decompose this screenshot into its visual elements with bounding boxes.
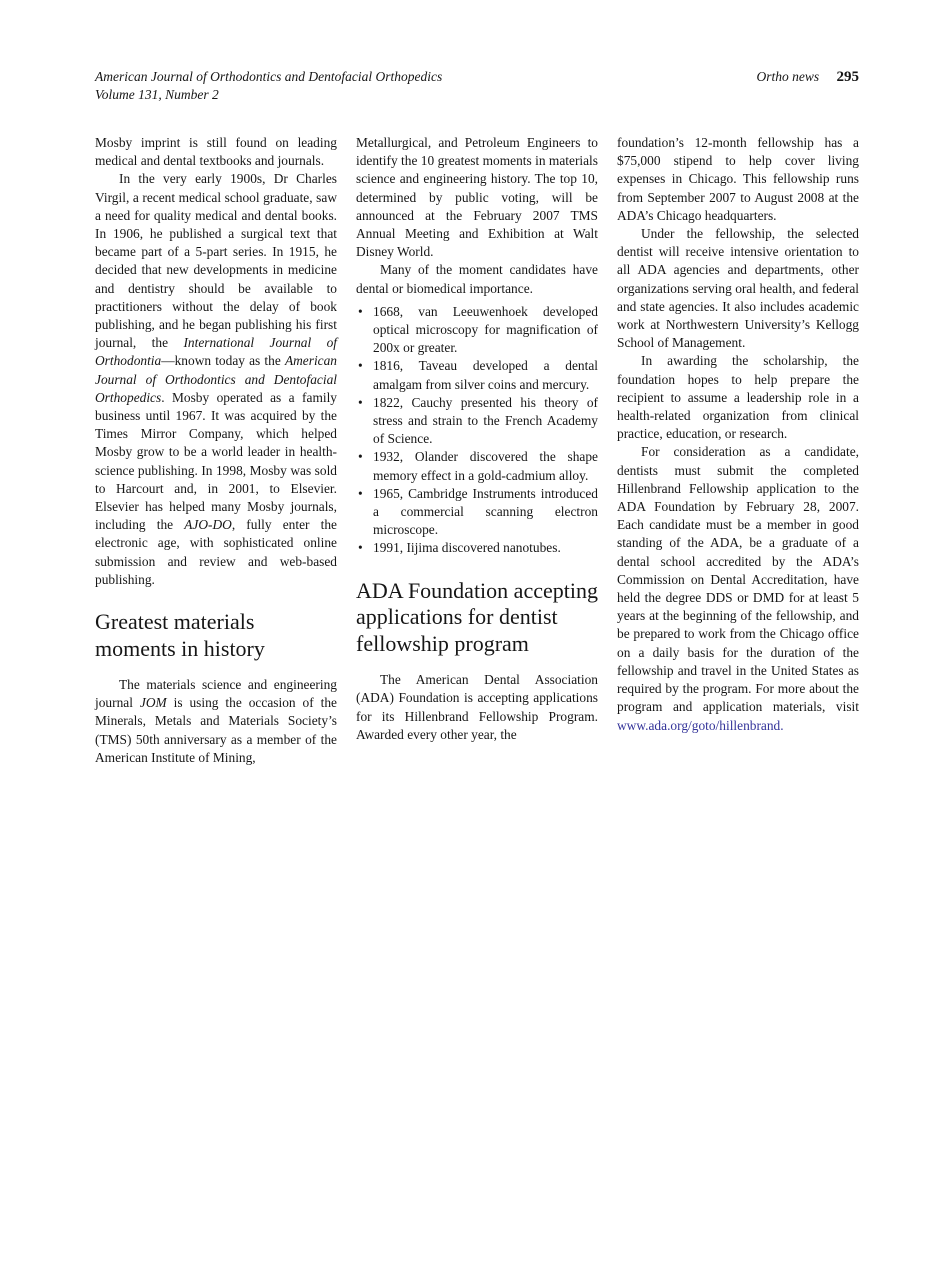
moment-item: 1932, Olander discovered the shape memor… <box>356 448 598 484</box>
moment-item: 1965, Cambridge Instruments introduced a… <box>356 485 598 540</box>
section-heading: Greatest materials moments in history <box>95 609 337 662</box>
text-run: Under the fellowship, the selected denti… <box>617 226 859 350</box>
paragraph: Mosby imprint is still found on leading … <box>95 134 337 170</box>
journal-page: { "header": { "journal": "American Journ… <box>0 0 950 1272</box>
text-run: The American Dental Association (ADA) Fo… <box>356 672 598 742</box>
moments-list: 1668, van Leeuwenhoek developed optical … <box>356 303 598 558</box>
italic-text: AJO-DO <box>184 517 232 532</box>
text-run: In the very early 1900s, Dr Charles Virg… <box>95 171 337 350</box>
text-run: foundation’s 12-month fellowship has a $… <box>617 135 859 223</box>
paragraph: foundation’s 12-month fellowship has a $… <box>617 134 859 225</box>
column-2: Metallurgical, and Petroleum Engineers t… <box>356 134 598 767</box>
paragraph: Many of the moment candidates have denta… <box>356 261 598 297</box>
text-run: For consideration as a candidate, dentis… <box>617 444 859 714</box>
hillenbrand-link[interactable]: www.ada.org/goto/hillenbrand. <box>617 718 784 733</box>
text-run: . Mosby operated as a family business un… <box>95 390 337 532</box>
paragraph: In awarding the scholarship, the foundat… <box>617 352 859 443</box>
paragraph: The American Dental Association (ADA) Fo… <box>356 671 598 744</box>
text-run: In awarding the scholarship, the foundat… <box>617 353 859 441</box>
moment-item: 1822, Cauchy presented his theory of str… <box>356 394 598 449</box>
text-run: Many of the moment candidates have denta… <box>356 262 598 295</box>
column-3: foundation’s 12-month fellowship has a $… <box>617 134 859 767</box>
section-heading: ADA Foundation accepting applications fo… <box>356 578 598 658</box>
italic-text: JOM <box>140 695 167 710</box>
moment-item: 1668, van Leeuwenhoek developed optical … <box>356 303 598 358</box>
article-body: Mosby imprint is still found on leading … <box>95 134 859 767</box>
moment-item: 1816, Taveau developed a dental amalgam … <box>356 357 598 393</box>
running-head-right: Ortho news 295 <box>756 68 859 87</box>
page-number: 295 <box>837 69 860 85</box>
paragraph: Metallurgical, and Petroleum Engineers t… <box>356 134 598 261</box>
journal-info: American Journal of Orthodontics and Den… <box>95 68 442 103</box>
paragraph: The materials science and engineering jo… <box>95 676 337 767</box>
paragraph: Under the fellowship, the selected denti… <box>617 225 859 352</box>
text-run: Mosby imprint is still found on leading … <box>95 135 337 168</box>
text-run: —known today as the <box>161 353 285 368</box>
text-run: Metallurgical, and Petroleum Engineers t… <box>356 135 598 259</box>
running-head: American Journal of Orthodontics and Den… <box>95 68 859 103</box>
paragraph: In the very early 1900s, Dr Charles Virg… <box>95 170 337 589</box>
column-1: Mosby imprint is still found on leading … <box>95 134 337 767</box>
moment-item: 1991, Iijima discovered nanotubes. <box>356 539 598 557</box>
journal-title: American Journal of Orthodontics and Den… <box>95 68 442 86</box>
journal-issue: Volume 131, Number 2 <box>95 86 442 104</box>
section-name: Ortho news <box>756 69 819 84</box>
paragraph: For consideration as a candidate, dentis… <box>617 443 859 734</box>
